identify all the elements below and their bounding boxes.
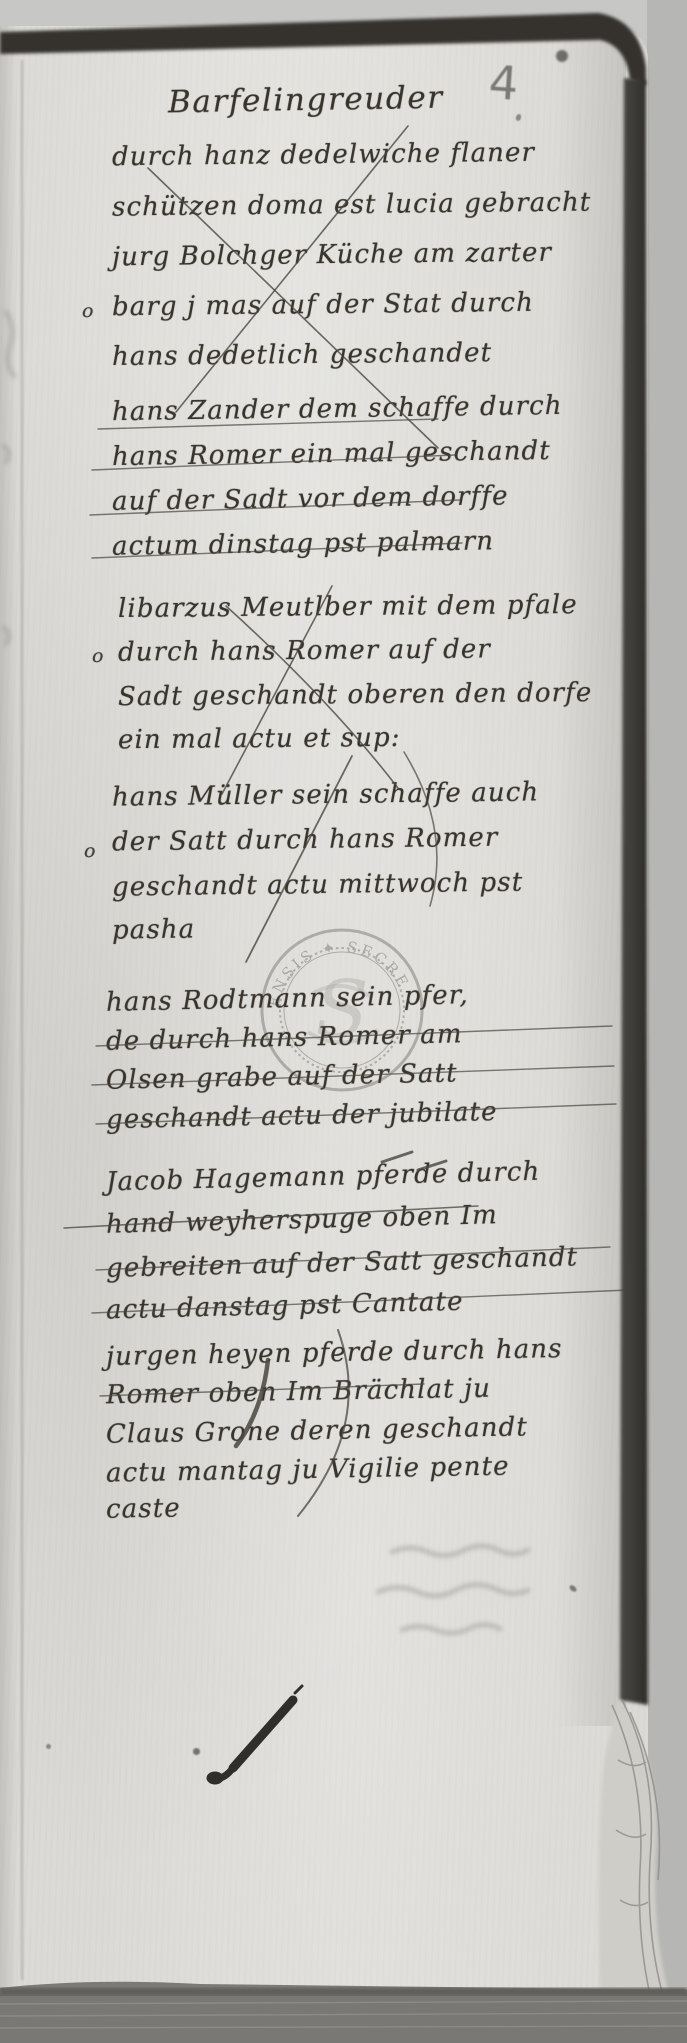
book-bottom-edge <box>0 1982 687 2043</box>
book-top-edge <box>0 13 646 86</box>
book-right-edge <box>620 78 648 1705</box>
book-edges <box>0 0 687 2043</box>
fanned-page-edges <box>599 1698 668 1998</box>
